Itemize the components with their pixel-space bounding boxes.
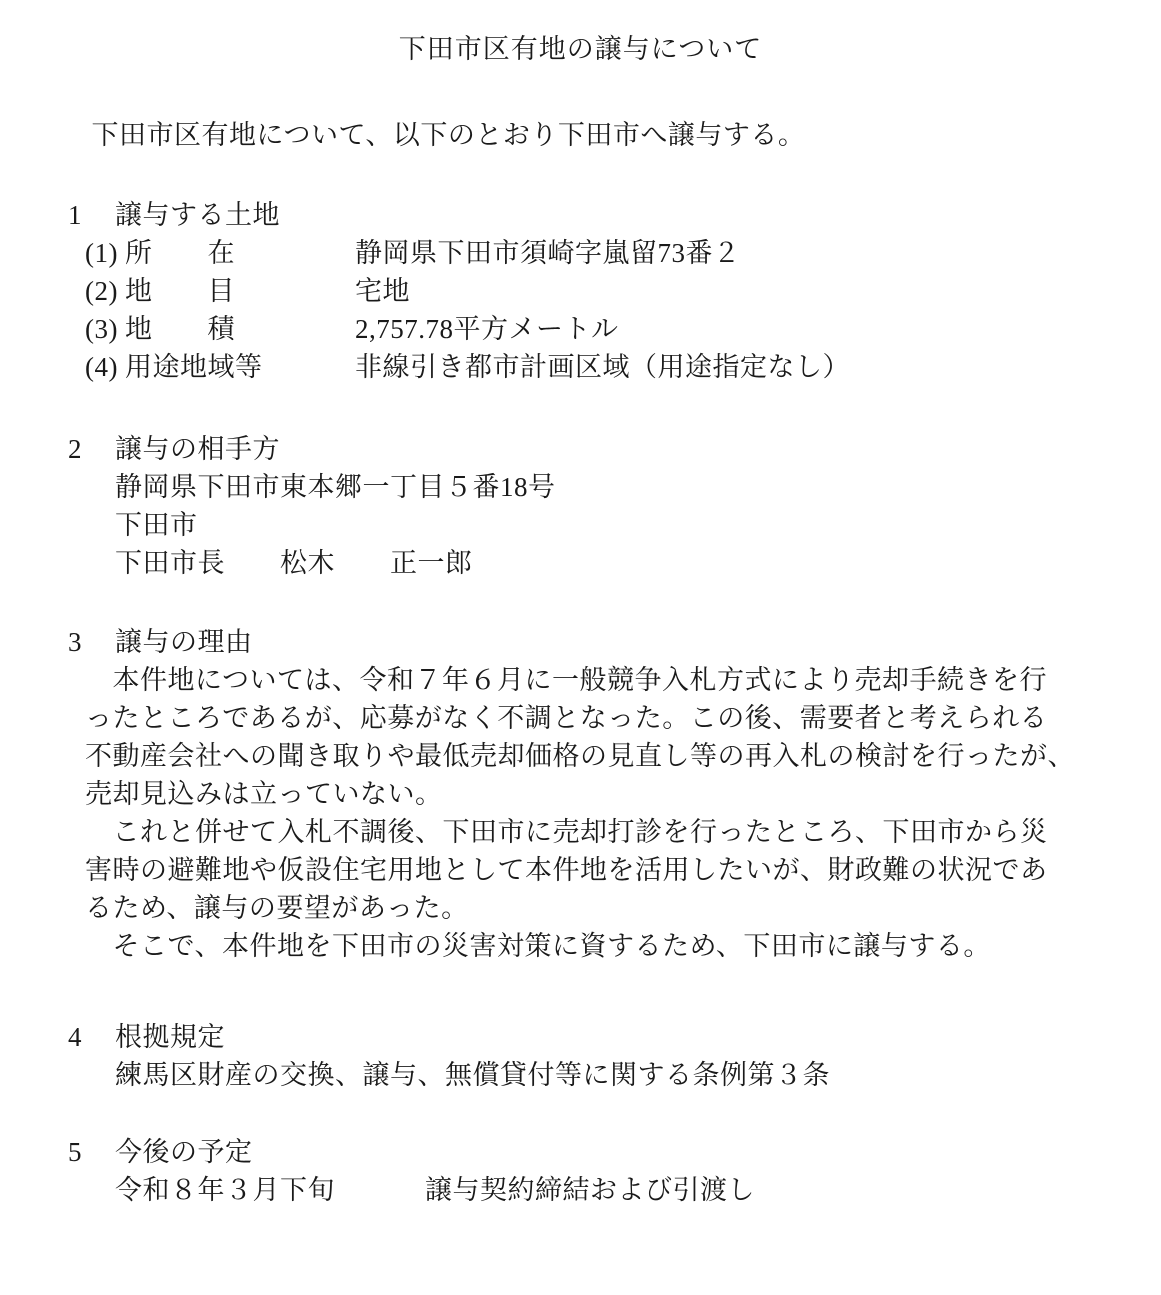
land-item-zoning: (4)用途地域等非線引き都市計画区域（用途指定なし） [0,348,1161,386]
reason-paragraph-line: 不動産会社への聞き取りや最低売却価格の見直し等の再入札の検討を行ったが、 [0,737,1161,775]
recipient-address-line: 静岡県下田市東本郷一丁目５番18号 [0,468,1161,506]
section-3-heading: 3譲与の理由 [0,623,1161,661]
land-item-4-number: (4) [85,348,125,386]
section-legal-basis: 4根拠規定 練馬区財産の交換、譲与、無償貸付等に関する条例第３条 [0,1018,1161,1094]
section-schedule: 5今後の予定 令和８年３月下旬譲与契約締結および引渡し [0,1133,1161,1209]
document-title: 下田市区有地の譲与について [0,30,1161,68]
land-item-3-value: 2,757.78平方メートル [355,314,619,344]
land-item-location: (1)所 在静岡県下田市須崎字嵐留73番２ [0,234,1161,272]
schedule-date: 令和８年３月下旬 [115,1171,425,1209]
land-item-4-value: 非線引き都市計画区域（用途指定なし） [355,352,850,382]
section-2-heading: 2譲与の相手方 [0,430,1161,468]
land-item-1-number: (1) [85,234,125,272]
reason-paragraph-line: 本件地については、令和７年６月に一般競争入札方式により売却手続きを行 [0,661,1161,699]
section-recipient: 2譲与の相手方 静岡県下田市東本郷一丁目５番18号 下田市 下田市長 松木 正一… [0,430,1161,582]
section-1-heading: 1譲与する土地 [0,196,1161,234]
reason-paragraph-line: これと併せて入札不調後、下田市に売却打診を行ったところ、下田市から災 [0,813,1161,851]
reason-paragraph-line: そこで、本件地を下田市の災害対策に資するため、下田市に譲与する。 [0,927,1161,965]
section-1-number: 1 [68,196,115,234]
land-item-category: (2)地 目宅地 [0,272,1161,310]
section-4-number: 4 [68,1018,115,1056]
land-item-3-number: (3) [85,310,125,348]
schedule-line: 令和８年３月下旬譲与契約締結および引渡し [0,1171,1161,1209]
section-5-number: 5 [68,1133,115,1171]
recipient-mayor-line: 下田市長 松木 正一郎 [0,544,1161,582]
reason-paragraph-line: ったところであるが、応募がなく不調となった。この後、需要者と考えられる [0,699,1161,737]
section-5-title: 今後の予定 [115,1137,253,1167]
reason-paragraph-line: 売却見込みは立っていない。 [0,775,1161,813]
section-transfer-land: 1譲与する土地 (1)所 在静岡県下田市須崎字嵐留73番２ (2)地 目宅地 (… [0,196,1161,386]
intro-paragraph: 下田市区有地について、以下のとおり下田市へ譲与する。 [0,116,1161,154]
section-4-heading: 4根拠規定 [0,1018,1161,1056]
land-item-area: (3)地 積2,757.78平方メートル [0,310,1161,348]
recipient-city-line: 下田市 [0,506,1161,544]
land-item-3-label: 地 積 [125,310,355,348]
section-3-title: 譲与の理由 [115,627,253,657]
land-item-4-label: 用途地域等 [125,348,355,386]
land-item-1-value: 静岡県下田市須崎字嵐留73番２ [355,238,741,268]
section-4-title: 根拠規定 [115,1022,225,1052]
section-reason: 3譲与の理由 本件地については、令和７年６月に一般競争入札方式により売却手続きを… [0,623,1161,965]
land-item-2-number: (2) [85,272,125,310]
section-2-title: 譲与の相手方 [115,434,280,464]
land-item-2-label: 地 目 [125,272,355,310]
section-5-heading: 5今後の予定 [0,1133,1161,1171]
schedule-event: 譲与契約締結および引渡し [425,1175,755,1205]
section-1-title: 譲与する土地 [115,200,280,230]
land-item-2-value: 宅地 [355,276,410,306]
legal-basis-line: 練馬区財産の交換、譲与、無償貸付等に関する条例第３条 [0,1056,1161,1094]
reason-paragraph-line: 害時の避難地や仮設住宅用地として本件地を活用したいが、財政難の状況であ [0,851,1161,889]
section-2-number: 2 [68,430,115,468]
land-item-1-label: 所 在 [125,234,355,272]
document-page: 下田市区有地の譲与について 下田市区有地について、以下のとおり下田市へ譲与する。… [0,0,1161,1295]
section-3-number: 3 [68,623,115,661]
reason-paragraph-line: るため、譲与の要望があった。 [0,889,1161,927]
